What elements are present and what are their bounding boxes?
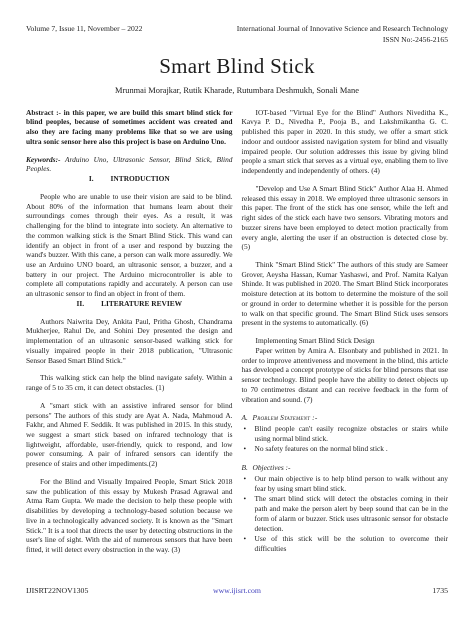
literature-paragraph-4: For the Blind and Visually Impaired Peop… — [26, 477, 233, 555]
literature-paragraph-2: This walking stick can help the blind na… — [26, 373, 233, 392]
list-item: No safety features on the normal blind s… — [242, 444, 449, 454]
design-paragraph: Paper written by Amira A. Elsonbaty and … — [242, 346, 449, 404]
abstract-label: Abstract :- — [26, 108, 61, 117]
left-column: Abstract :- in this paper, we are build … — [26, 108, 233, 555]
keywords-label: Keywords:- — [26, 155, 61, 164]
problem-statement-label: Problem Statement :- — [253, 413, 318, 423]
list-item: The smart blind stick will detect the ob… — [242, 494, 449, 533]
volume-issue-text: Volume 7, Issue 11, November – 2022 — [26, 24, 142, 34]
paper-title: Smart Blind Stick — [26, 54, 448, 79]
problem-statement-heading: A.Problem Statement :- — [242, 413, 449, 423]
objectives-heading: B.Objectives :- — [242, 463, 449, 473]
subsection-letter: B. — [242, 463, 253, 473]
introduction-paragraph: People who are unable to use their visio… — [26, 192, 233, 299]
literature-paragraph-5: IOT-based "Virtual Eye for the Blind" Au… — [242, 108, 449, 176]
authors-line: Mrunmai Morajkar, Rutik Kharade, Rutumba… — [26, 86, 448, 95]
objectives-label: Objectives :- — [253, 463, 291, 473]
objectives-list: Our main objective is to help blind pers… — [242, 474, 449, 554]
issn-number: ISSN No:-2456-2165 — [237, 35, 448, 45]
section-heading-introduction: I.INTRODUCTION — [26, 174, 233, 184]
right-column: IOT-based "Virtual Eye for the Blind" Au… — [242, 108, 449, 555]
literature-paragraph-3: A "smart stick with an assistive infrare… — [26, 401, 233, 469]
list-item: Our main objective is to help blind pers… — [242, 474, 449, 493]
subsection-letter: A. — [242, 413, 253, 423]
site-link-wrap: www.ijisrt.com — [26, 586, 448, 595]
section-title: INTRODUCTION — [111, 174, 170, 183]
journal-name: International Journal of Innovative Scie… — [237, 24, 448, 34]
section-number: II. — [76, 299, 84, 308]
problem-statement-list: Blind people can't easily recognize obst… — [242, 424, 449, 454]
literature-paragraph-7: Think "Smart Blind Stick" The authors of… — [242, 260, 449, 328]
abstract-paragraph: Abstract :- in this paper, we are build … — [26, 108, 233, 147]
journal-website-link[interactable]: www.ijisrt.com — [213, 586, 261, 595]
literature-paragraph-1: Authors Naiwrita Dey, Ankita Paul, Prith… — [26, 317, 233, 366]
section-number: I. — [89, 174, 94, 183]
list-item: Use of this stick will be the solution t… — [242, 534, 449, 553]
keywords-paragraph: Keywords:- Arduino Uno, Ultrasonic Senso… — [26, 155, 233, 174]
list-item: Blind people can't easily recognize obst… — [242, 424, 449, 443]
section-heading-literature-review: II.LITERATURE REVIEW — [26, 299, 233, 309]
page-number: 1735 — [432, 586, 448, 595]
two-column-body: Abstract :- in this paper, we are build … — [26, 108, 448, 555]
paper-id: IJISRT22NOV1305 — [26, 586, 88, 595]
journal-header: International Journal of Innovative Scie… — [237, 24, 448, 45]
section-title: LITERATURE REVIEW — [101, 299, 182, 308]
paper-page: Volume 7, Issue 11, November – 2022 Inte… — [0, 0, 474, 632]
page-footer: IJISRT22NOV1305 www.ijisrt.com 1735 — [26, 586, 448, 595]
literature-paragraph-6: "Develop and Use A Smart Blind Stick" Au… — [242, 184, 449, 252]
page-header: Volume 7, Issue 11, November – 2022 Inte… — [26, 24, 448, 45]
design-subheading: Implementing Smart Blind Stick Design — [242, 336, 449, 346]
